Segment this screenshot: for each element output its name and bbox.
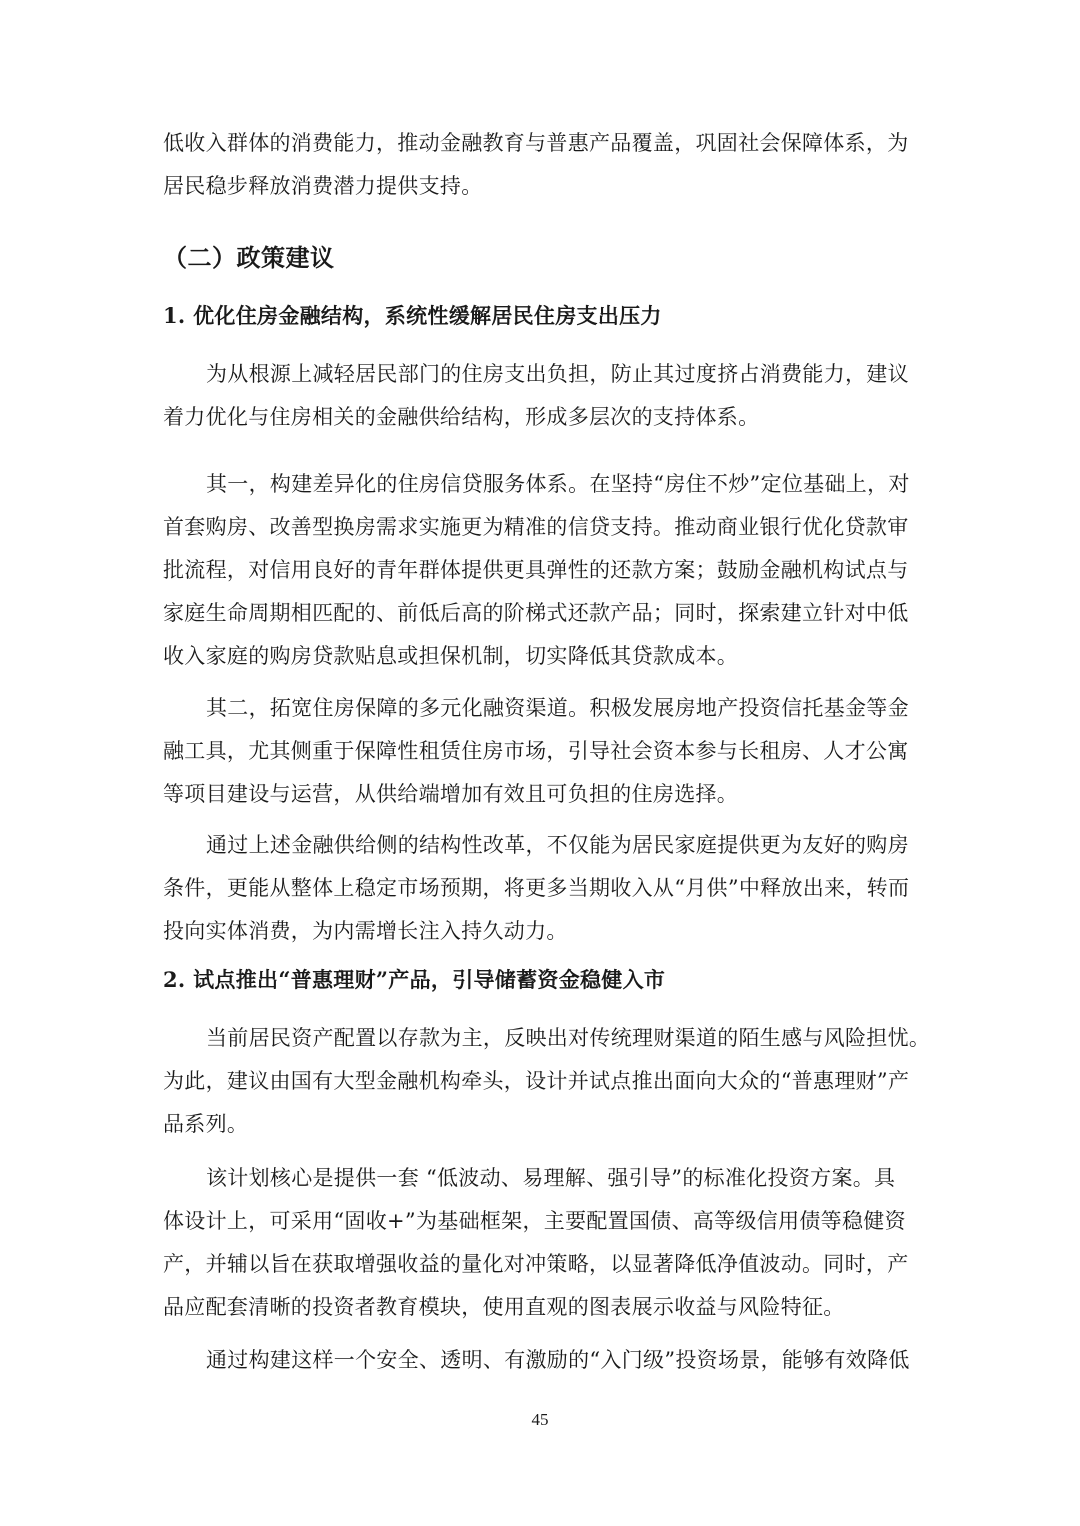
body-line: 其一，构建差异化的住房信贷服务体系。在坚持“房住不炒”定位基础上，对 xyxy=(206,469,923,499)
body-line: 该计划核心是提供一套 “低波动、易理解、强引导”的标准化投资方案。具 xyxy=(206,1163,923,1193)
section-title: （二）政策建议 xyxy=(163,242,335,274)
body-line: 着力优化与住房相关的金融供给结构，形成多层次的支持体系。 xyxy=(163,402,923,432)
body-line: 居民稳步释放消费潜力提供支持。 xyxy=(163,171,923,201)
body-line: 为从根源上减轻居民部门的住房支出负担，防止其过度挤占消费能力，建议 xyxy=(206,359,923,389)
body-line: 品应配套清晰的投资者教育模块，使用直观的图表展示收益与风险特征。 xyxy=(163,1292,923,1322)
body-line: 家庭生命周期相匹配的、前低后高的阶梯式还款产品；同时，探索建立针对中低 xyxy=(163,598,923,628)
body-line: 收入家庭的购房贷款贴息或担保机制，切实降低其贷款成本。 xyxy=(163,641,923,671)
subsection-heading-2: 2. 试点推出“普惠理财”产品，引导储蓄资金稳健入市 xyxy=(163,965,665,995)
subsection-heading-1: 1. 优化住房金融结构，系统性缓解居民住房支出压力 xyxy=(163,301,662,331)
body-line: 其二，拓宽住房保障的多元化融资渠道。积极发展房地产投资信托基金等金 xyxy=(206,693,923,723)
body-line: 品系列。 xyxy=(163,1109,923,1139)
body-line: 融工具，尤其侧重于保障性租赁住房市场，引导社会资本参与长租房、人才公寓 xyxy=(163,736,923,766)
body-line: 批流程，对信用良好的青年群体提供更具弹性的还款方案；鼓励金融机构试点与 xyxy=(163,555,923,585)
body-line: 当前居民资产配置以存款为主，反映出对传统理财渠道的陌生感与风险担忧。 xyxy=(206,1023,923,1053)
body-line: 等项目建设与运营，从供给端增加有效且可负担的住房选择。 xyxy=(163,779,923,809)
document-page: 低收入群体的消费能力，推动金融教育与普惠产品覆盖，巩固社会保障体系，为 居民稳步… xyxy=(0,0,1080,1526)
body-line: 条件，更能从整体上稳定市场预期，将更多当期收入从“月供”中释放出来，转而 xyxy=(163,873,923,903)
body-line: 投向实体消费，为内需增长注入持久动力。 xyxy=(163,916,923,946)
body-line: 为此，建议由国有大型金融机构牵头，设计并试点推出面向大众的“普惠理财”产 xyxy=(163,1066,923,1096)
body-line: 低收入群体的消费能力，推动金融教育与普惠产品覆盖，巩固社会保障体系，为 xyxy=(163,128,923,158)
page-number: 45 xyxy=(0,1408,1080,1432)
body-line: 通过上述金融供给侧的结构性改革，不仅能为居民家庭提供更为友好的购房 xyxy=(206,830,923,860)
body-line: 通过构建这样一个安全、透明、有激励的“入门级”投资场景，能够有效降低 xyxy=(206,1345,923,1375)
body-line: 首套购房、改善型换房需求实施更为精准的信贷支持。推动商业银行优化贷款审 xyxy=(163,512,923,542)
body-line: 产，并辅以旨在获取增强收益的量化对冲策略，以显著降低净值波动。同时，产 xyxy=(163,1249,923,1279)
body-line: 体设计上，可采用“固收+”为基础框架，主要配置国债、高等级信用债等稳健资 xyxy=(163,1206,923,1236)
